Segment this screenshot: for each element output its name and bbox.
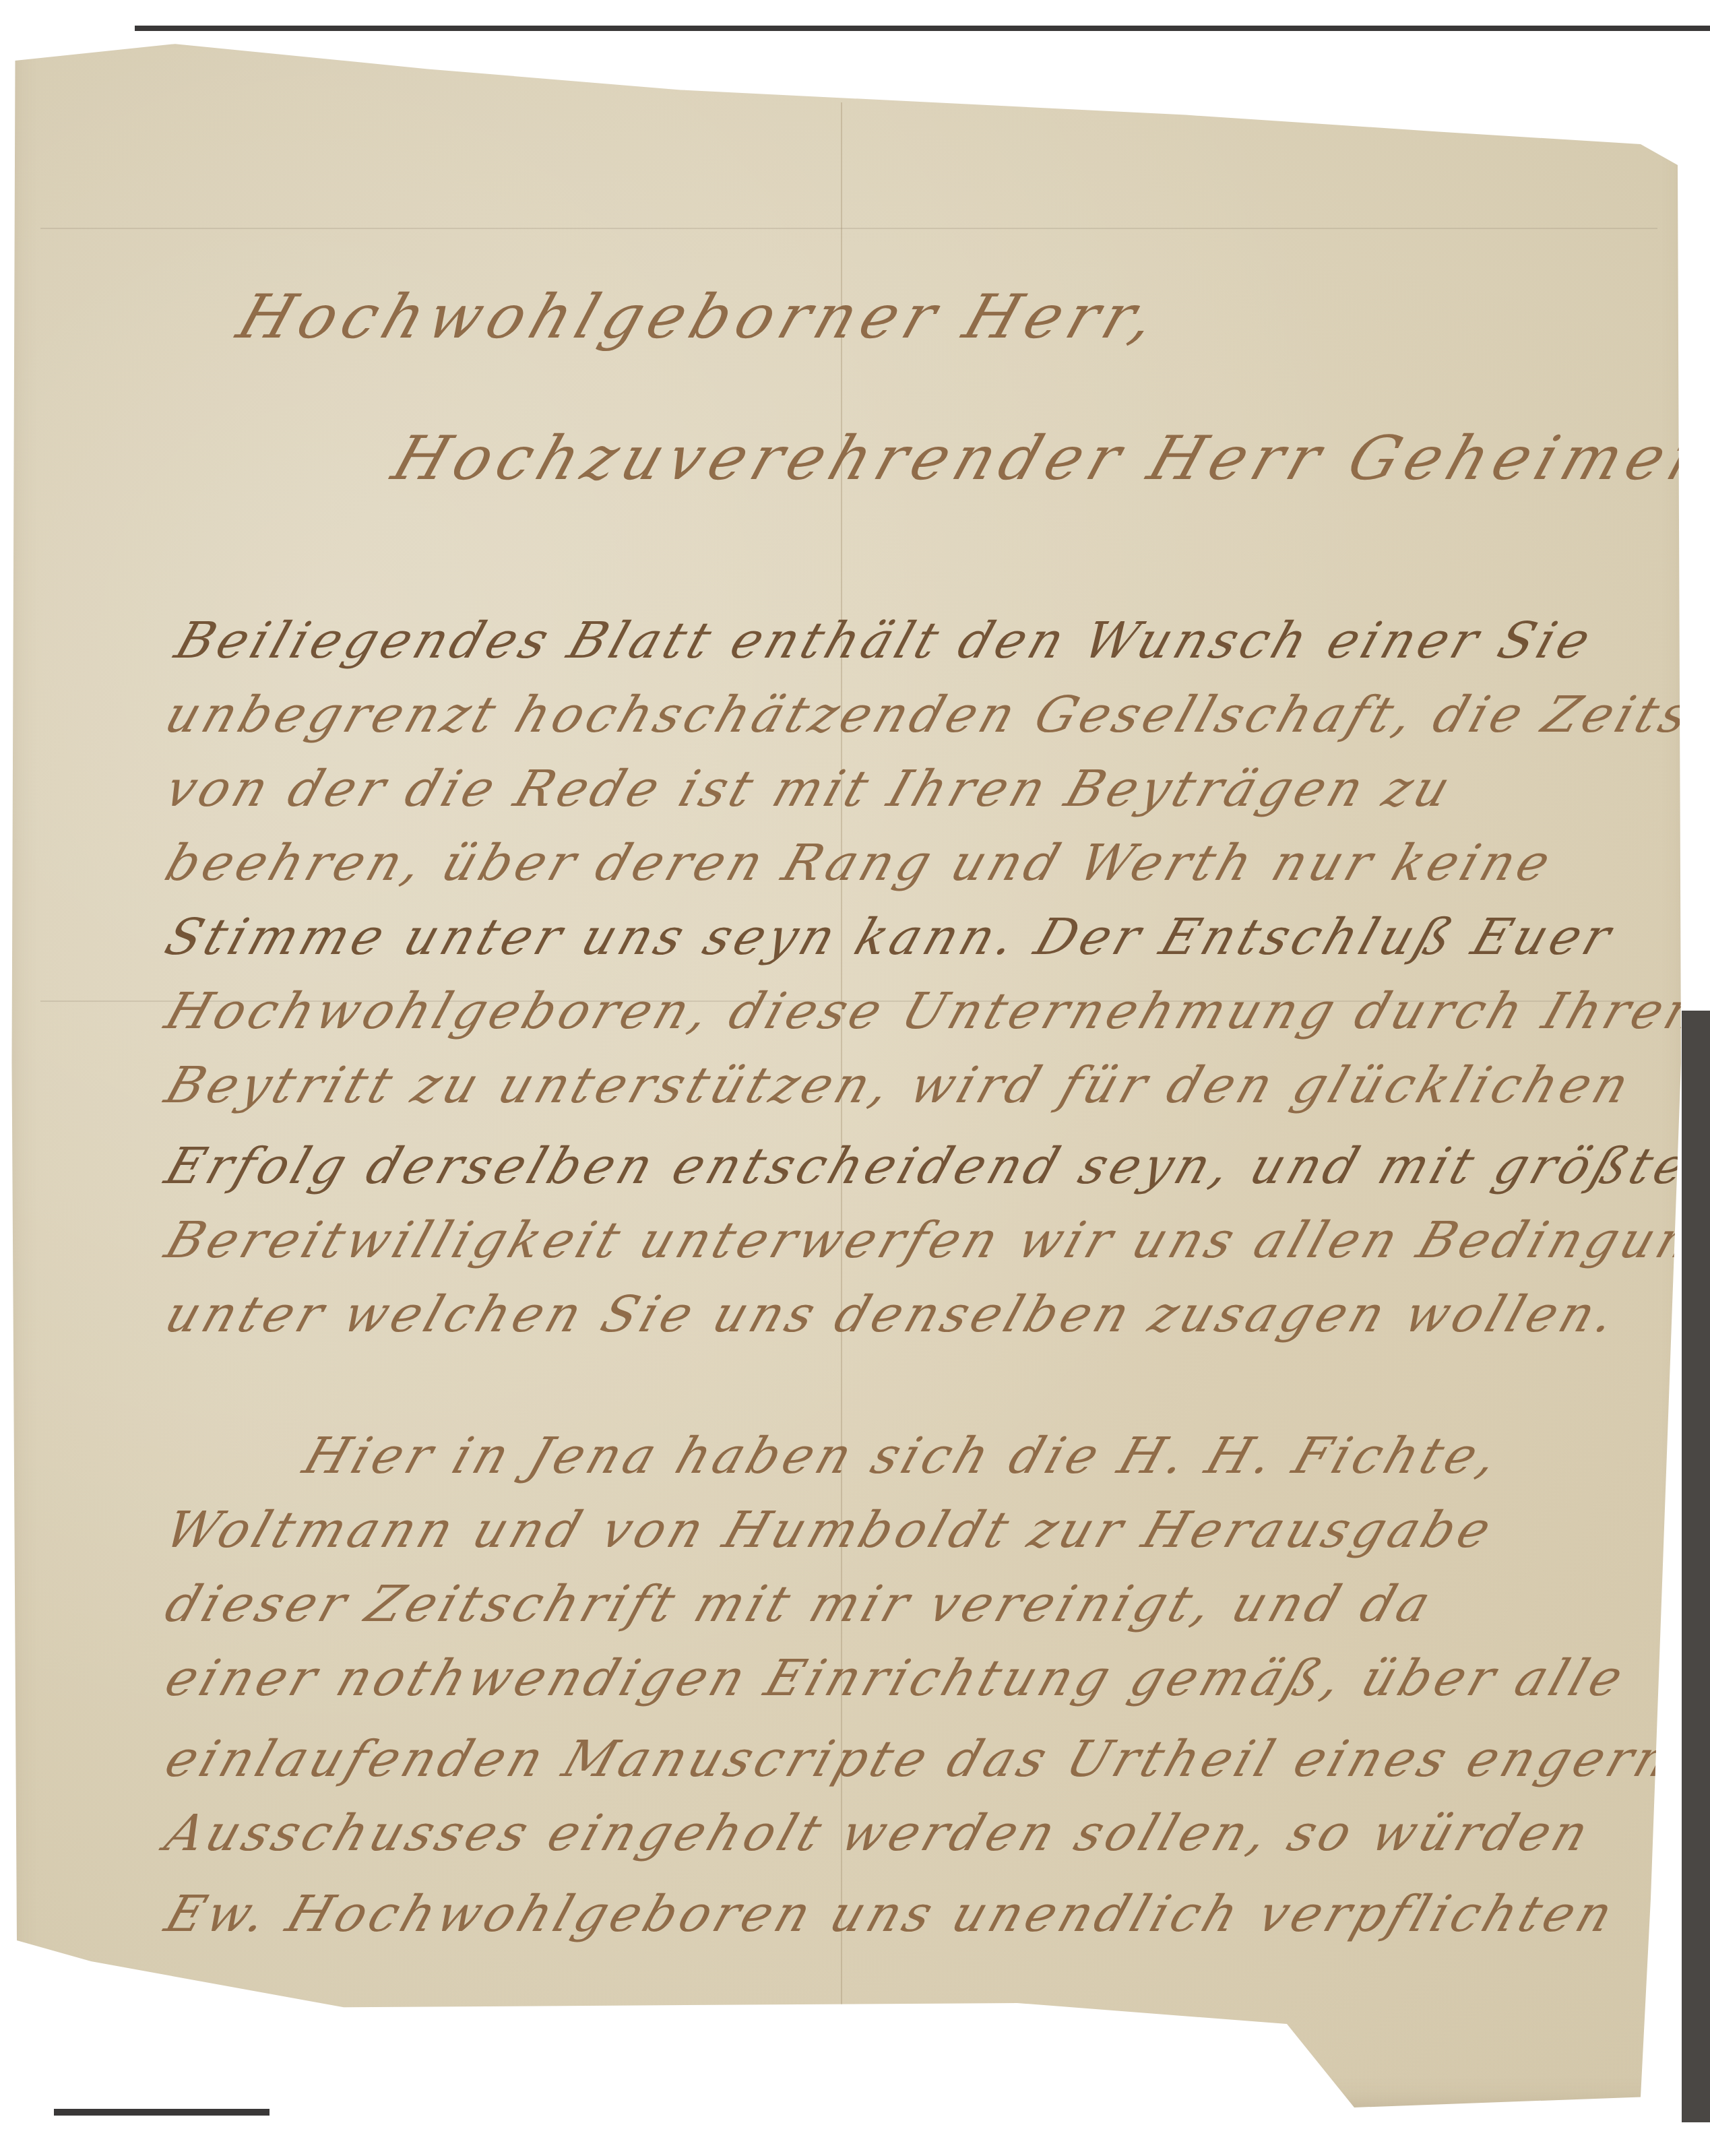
- body-line: Ausschusses eingeholt werden sollen, so …: [158, 1804, 1600, 1862]
- scan-border-right: [1682, 1011, 1710, 2122]
- body-line: einlaufenden Manuscripte das Urtheil ein…: [158, 1730, 1682, 1788]
- scan-border-top: [135, 26, 1710, 31]
- salutation-line-2: Hochzuverehrender Herr Geheimer Rath.: [384, 423, 1710, 494]
- body-line: einer nothwendigen Einrichtung gemäß, üb…: [158, 1649, 1634, 1707]
- salutation-line-1: Hochwohlgeborner Herr,: [229, 282, 1171, 352]
- body-line: von der die Rede ist mit Ihren Beyträgen…: [158, 760, 1461, 818]
- body-line: unter welchen Sie uns denselben zusagen …: [158, 1286, 1626, 1343]
- body-line: unbegrenzt hochschätzenden Gesellschaft,…: [158, 686, 1710, 744]
- body-line: Beytritt zu unterstützen, wird für den g…: [158, 1056, 1640, 1114]
- scan-border-bottom: [54, 2109, 270, 2116]
- handwritten-text: Hochwohlgeborner Herr, Hochzuverehrender…: [7, 19, 1691, 2107]
- body-line: Woltmann und von Humboldt zur Herausgabe: [158, 1501, 1502, 1559]
- body-line: Stimme unter uns seyn kann. Der Entschlu…: [158, 908, 1622, 966]
- body-line: Hochwohlgeboren, diese Unternehmung durc…: [158, 982, 1710, 1040]
- body-line: Bereitwilligkeit unterwerfen wir uns all…: [158, 1211, 1710, 1269]
- body-line: Erfolg derselben entscheidend seyn, und …: [158, 1137, 1710, 1195]
- body-line: Ew. Hochwohlgeboren uns unendlich verpfl…: [158, 1885, 1624, 1943]
- body-line: Beiliegendes Blatt enthält den Wunsch ei…: [168, 612, 1602, 670]
- body-line: dieser Zeitschrift mit mir vereinigt, un…: [158, 1575, 1441, 1633]
- body-line: Hier in Jena haben sich die H. H. Fichte…: [296, 1427, 1509, 1485]
- body-line: beehren, über deren Rang und Werth nur k…: [158, 834, 1561, 892]
- letter-page: Hochwohlgeborner Herr, Hochzuverehrender…: [7, 19, 1691, 2107]
